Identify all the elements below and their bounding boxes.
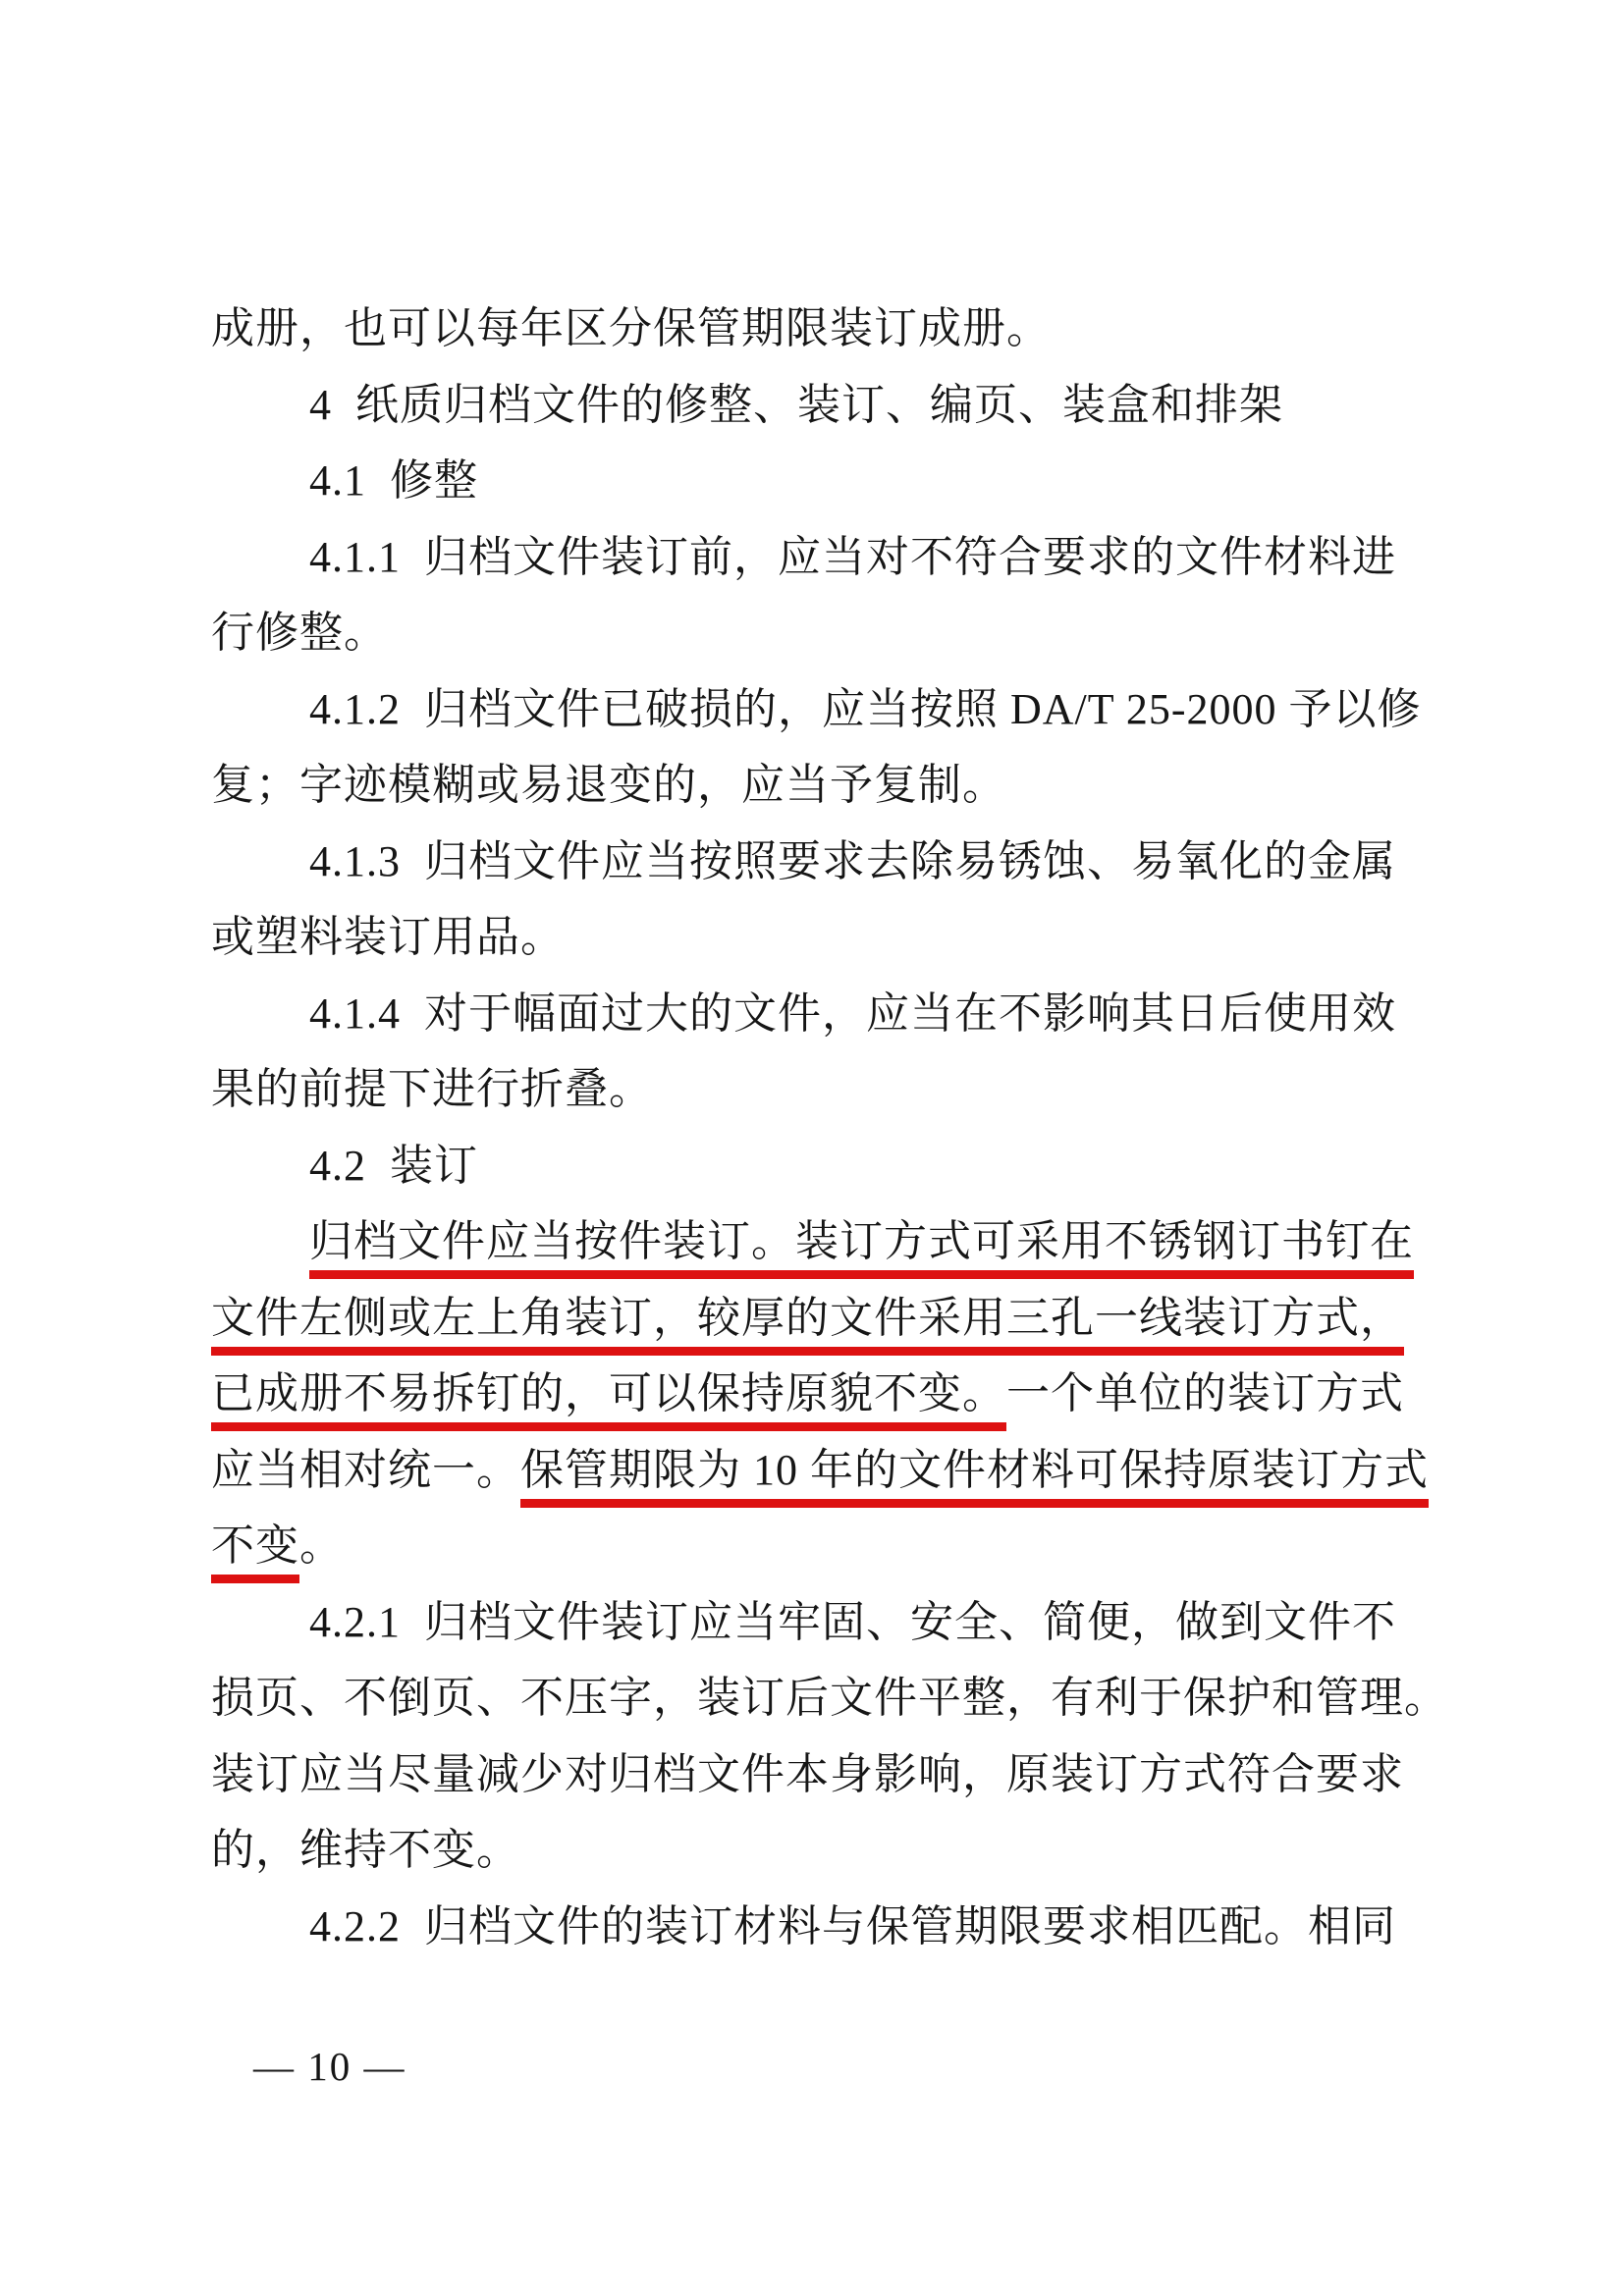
text-segment: 4.1.3 归档文件应当按照要求去除易锈蚀、易氧化的金属 [309, 837, 1396, 885]
text-segment: 4.1 修整 [309, 456, 478, 505]
red-underlined-text: 保管期限为 10 年的文件材料可保持原装订方式 [520, 1446, 1429, 1508]
text-line: 果的前提下进行折叠。 [211, 1051, 1450, 1128]
red-underlined-text: 已成册不易拆钉的，可以保持原貌不变。 [211, 1369, 1006, 1431]
text-line: 复；字迹模糊或易退变的，应当予复制。 [211, 747, 1450, 824]
text-line: 4.2.1 归档文件装订应当牢固、安全、简便，做到文件不 [211, 1584, 1450, 1661]
text-line: 或塑料装订用品。 [211, 899, 1450, 976]
text-line: 4.1.2 归档文件已破损的，应当按照 DA/T 25-2000 予以修 [211, 671, 1450, 748]
text-segment: 或塑料装订用品。 [211, 913, 565, 961]
text-line: 归档文件应当按件装订。装订方式可采用不锈钢订书钉在 [211, 1203, 1450, 1280]
text-line: 的，维持不变。 [211, 1812, 1450, 1889]
red-underlined-text: 文件左侧或左上角装订，较厚的文件采用三孔一线装订方式， [211, 1294, 1404, 1356]
red-underlined-text: 归档文件应当按件装订。装订方式可采用不锈钢订书钉在 [309, 1217, 1414, 1279]
document-body: 成册，也可以每年区分保管期限装订成册。4 纸质归档文件的修整、装订、编页、装盒和… [211, 291, 1450, 1964]
text-line: 不变。 [211, 1508, 1450, 1584]
text-segment: 行修整。 [211, 609, 388, 657]
text-segment: 装订应当尽量减少对归档文件本身影响，原装订方式符合要求 [211, 1750, 1404, 1798]
text-segment: 损页、不倒页、不压字，装订后文件平整，有利于保护和管理。 [211, 1674, 1448, 1722]
text-segment: 复；字迹模糊或易退变的，应当予复制。 [211, 761, 1006, 809]
text-line: 已成册不易拆钉的，可以保持原貌不变。一个单位的装订方式 [211, 1356, 1450, 1432]
text-line: 成册，也可以每年区分保管期限装订成册。 [211, 291, 1450, 367]
text-line: 4.1.4 对于幅面过大的文件，应当在不影响其日后使用效 [211, 976, 1450, 1052]
text-line: 4.1.3 归档文件应当按照要求去除易锈蚀、易氧化的金属 [211, 824, 1450, 900]
text-line: 装订应当尽量减少对归档文件本身影响，原装订方式符合要求 [211, 1736, 1450, 1813]
text-segment: 4 纸质归档文件的修整、装订、编页、装盒和排架 [309, 381, 1283, 429]
section-heading: 4.1 修整 [211, 443, 1450, 519]
text-segment: 果的前提下进行折叠。 [211, 1065, 653, 1113]
text-segment: 一个单位的装订方式 [1006, 1369, 1404, 1417]
section-heading: 4.2 装订 [211, 1128, 1450, 1204]
text-segment: 成册，也可以每年区分保管期限装订成册。 [211, 304, 1051, 352]
text-line: 4.2.2 归档文件的装订材料与保管期限要求相匹配。相同 [211, 1889, 1450, 1965]
text-segment: 应当相对统一。 [211, 1446, 520, 1494]
text-segment: 4.2 装订 [309, 1142, 478, 1190]
text-segment: 4.1.4 对于幅面过大的文件，应当在不影响其日后使用效 [309, 989, 1396, 1038]
text-segment: 4.1.2 归档文件已破损的，应当按照 DA/T 25-2000 予以修 [309, 685, 1422, 733]
text-segment: 4.1.1 归档文件装订前，应当对不符合要求的文件材料进 [309, 533, 1396, 581]
text-line: 应当相对统一。保管期限为 10 年的文件材料可保持原装订方式 [211, 1432, 1450, 1509]
text-line: 行修整。 [211, 595, 1450, 671]
text-segment: 。 [299, 1522, 344, 1570]
section-heading: 4 纸质归档文件的修整、装订、编页、装盒和排架 [211, 367, 1450, 444]
page-number: — 10 — [253, 2045, 406, 2088]
document-page: 成册，也可以每年区分保管期限装订成册。4 纸质归档文件的修整、装订、编页、装盒和… [0, 0, 1624, 2296]
text-line: 4.1.1 归档文件装订前，应当对不符合要求的文件材料进 [211, 519, 1450, 596]
text-line: 文件左侧或左上角装订，较厚的文件采用三孔一线装订方式， [211, 1280, 1450, 1357]
red-underlined-text: 不变 [211, 1522, 299, 1583]
text-segment: 的，维持不变。 [211, 1826, 520, 1874]
text-segment: 4.2.1 归档文件装订应当牢固、安全、简便，做到文件不 [309, 1598, 1396, 1646]
text-line: 损页、不倒页、不压字，装订后文件平整，有利于保护和管理。 [211, 1660, 1450, 1736]
text-segment: 4.2.2 归档文件的装订材料与保管期限要求相匹配。相同 [309, 1902, 1396, 1950]
